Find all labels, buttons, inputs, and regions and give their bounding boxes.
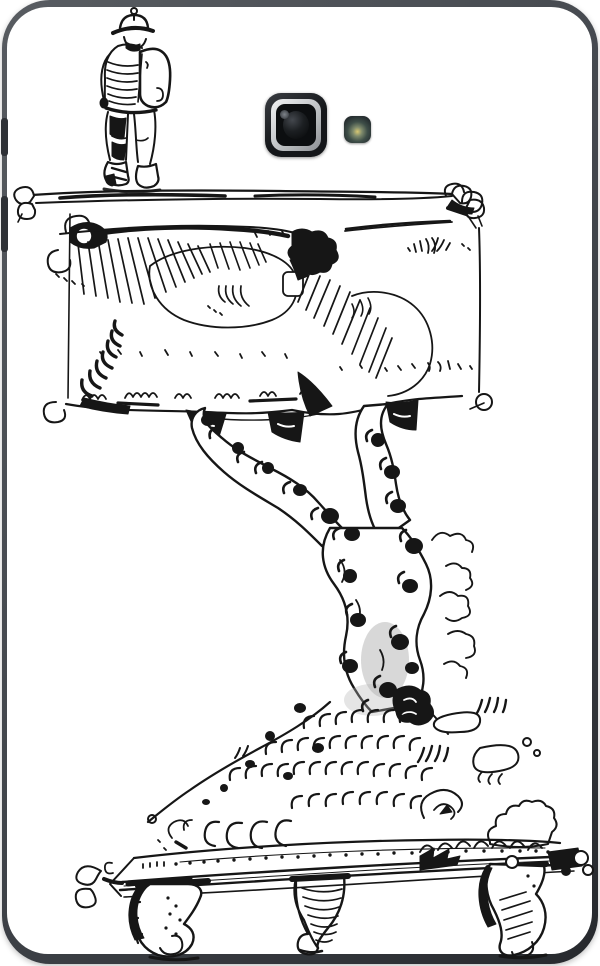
figure-man xyxy=(100,8,170,192)
plank xyxy=(14,186,484,226)
legs xyxy=(129,856,546,960)
trunk xyxy=(186,372,475,716)
tablet-back-photo xyxy=(0,0,600,966)
slab xyxy=(44,184,492,423)
ink-drawing xyxy=(0,0,600,966)
